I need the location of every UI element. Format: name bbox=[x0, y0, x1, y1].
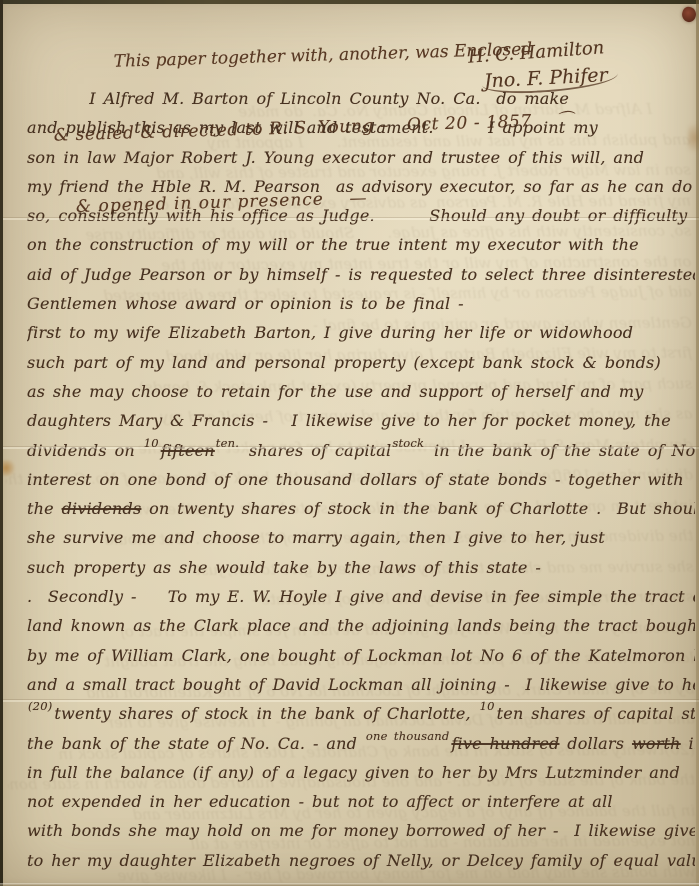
struck-text: dividends bbox=[62, 499, 142, 518]
manuscript-line: Gentlemen whose award or opinion is to b… bbox=[27, 289, 695, 318]
manuscript-line: son in law Major Robert J. Young executo… bbox=[27, 143, 695, 172]
scan-edge-top bbox=[0, 0, 699, 4]
manuscript-line: (20)twenty shares of stock in the bank o… bbox=[27, 699, 695, 728]
manuscript-line: such property as she would take by the l… bbox=[27, 553, 695, 582]
manuscript-body: I Alfred M. Barton of Lincoln County No.… bbox=[27, 84, 695, 886]
manuscript-line: . Secondly - To my E. W. Hoyle I give an… bbox=[27, 582, 695, 611]
manuscript-line: and a small tract bought of David Lockma… bbox=[27, 670, 695, 699]
manuscript-line: as she may choose to retain for the use … bbox=[27, 377, 695, 406]
superscript-correction: stock bbox=[392, 429, 424, 458]
manuscript-line: the bank of the state of No. Ca. - and o… bbox=[27, 729, 695, 758]
manuscript-line: by me of William Clark, one bought of Lo… bbox=[27, 641, 695, 670]
struck-text: five hundred bbox=[451, 734, 559, 753]
manuscript-line: so, consistently with his office as Judg… bbox=[27, 201, 695, 230]
manuscript-line: land known as the Clark place and the ad… bbox=[27, 611, 695, 640]
manuscript-line: to her my daughter Elizabeth negroes of … bbox=[27, 846, 695, 875]
manuscript-line: and publish this as my last will and tes… bbox=[27, 113, 695, 142]
manuscript-line: I Alfred M. Barton of Lincoln County No.… bbox=[27, 84, 695, 113]
scan-edge-left bbox=[0, 0, 3, 886]
manuscript-line: interest on one bond of one thousand dol… bbox=[27, 465, 695, 494]
manuscript-line: not expended in her education - but not … bbox=[27, 787, 695, 816]
superscript-correction: one thousand bbox=[366, 722, 450, 751]
superscript-correction: 10 bbox=[480, 692, 495, 721]
manuscript-line: on the construction of my will or the tr… bbox=[27, 230, 695, 259]
manuscript-line: she survive me and choose to marry again… bbox=[27, 523, 695, 552]
manuscript-line: first to my wife Elizabeth Barton, I giv… bbox=[27, 318, 695, 347]
manuscript-line: such part of my land and personal proper… bbox=[27, 348, 695, 377]
superscript-correction: ten. bbox=[216, 429, 239, 458]
manuscript-line: dividends on 10fifteenten. shares of cap… bbox=[27, 436, 695, 465]
manuscript-line: the dividends on twenty shares of stock … bbox=[27, 494, 695, 523]
document-scan: I Alfred M. Barton of Lincoln County No.… bbox=[0, 0, 699, 886]
struck-text: fifteen bbox=[161, 441, 215, 460]
manuscript-line: my friend the Hble R. M. Pearson as advi… bbox=[27, 172, 695, 201]
manuscript-line: in full the balance (if any) of a legacy… bbox=[27, 758, 695, 787]
struck-text: worth bbox=[632, 734, 681, 753]
manuscript-line: with bonds she may hold on me for money … bbox=[27, 816, 695, 845]
manuscript-line: aid of Judge Pearson or by himself - is … bbox=[27, 260, 695, 289]
manuscript-line: daughters Mary & Francis - I likewise gi… bbox=[27, 406, 695, 435]
superscript-correction: 10 bbox=[144, 429, 159, 458]
superscript-correction: (20) bbox=[28, 692, 52, 721]
